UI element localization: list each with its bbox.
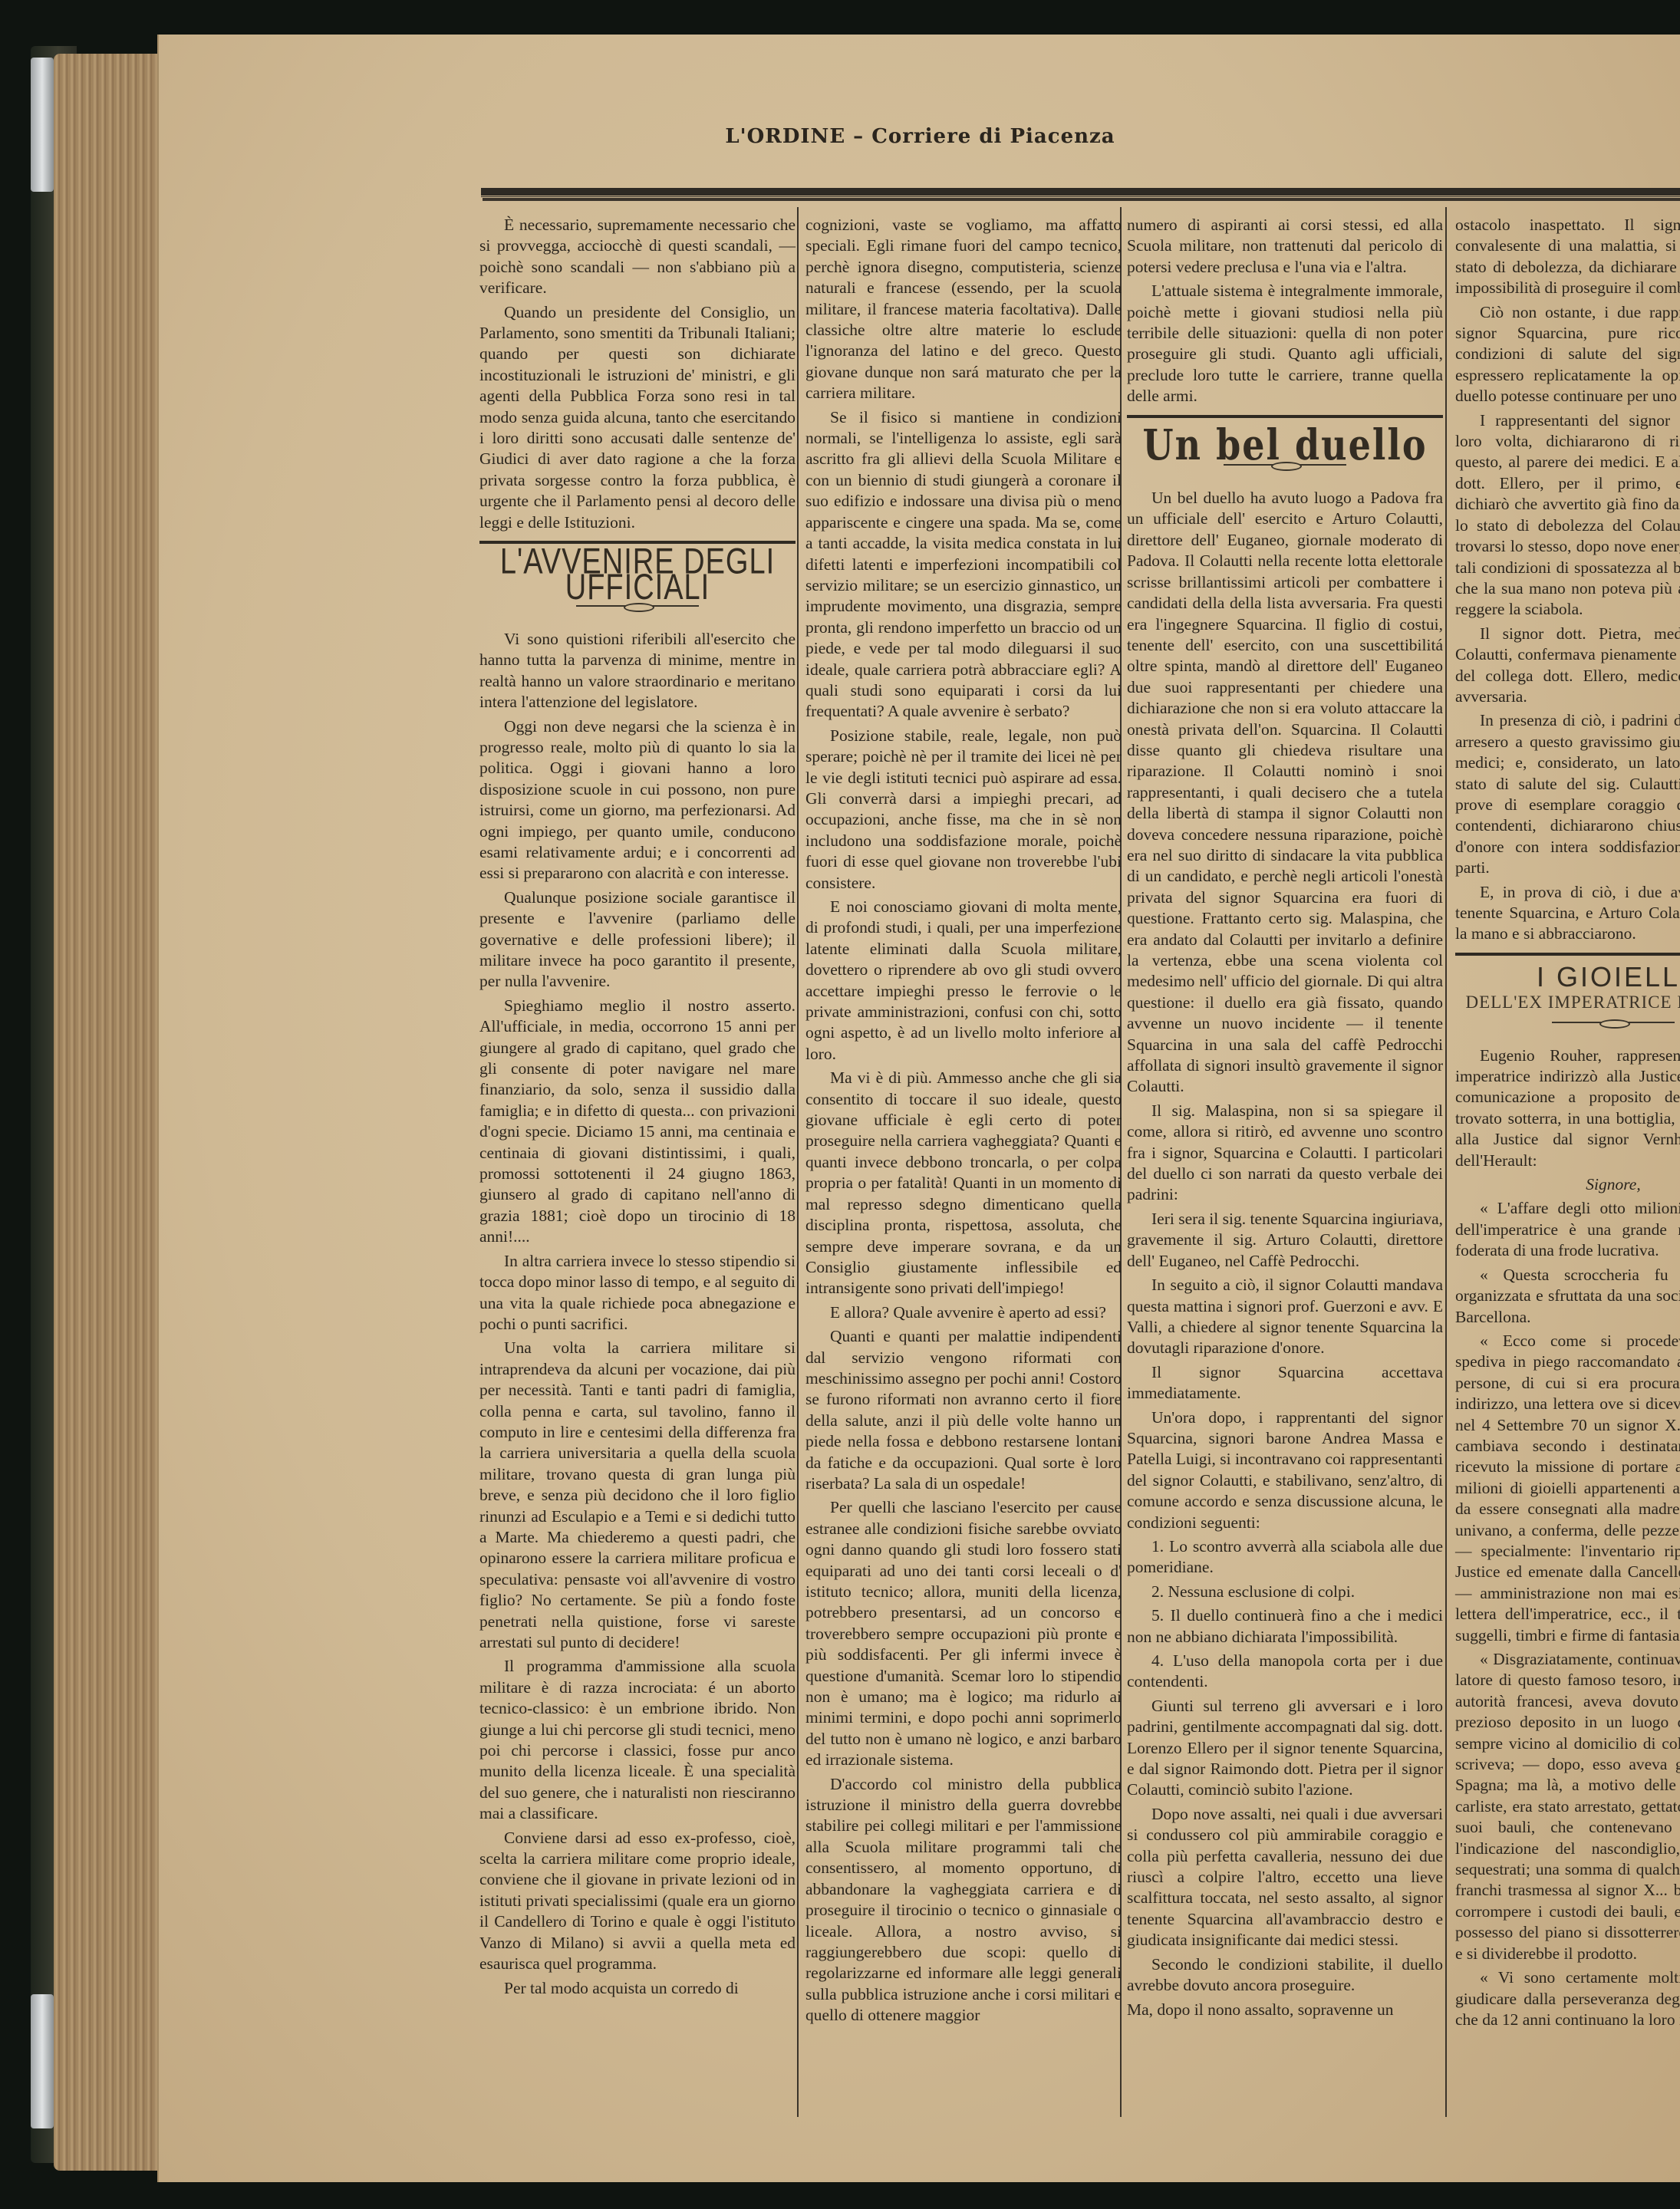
ornament-icon [576,603,699,609]
section-divider [1455,953,1680,956]
paragraph: Il signor dott. Pietra, medico del sig. … [1455,624,1680,708]
paragraph: Il signor Squarcina accettava immediatam… [1127,1362,1443,1404]
article-subtitle: DELL'EX IMPERATRICE EUGENIA [1455,992,1680,1012]
column-4: ostacolo inaspettato. Il signor Colautti… [1455,215,1680,2033]
article-title: L'AVVENIRE DEGLI UFFICIALI [479,549,796,602]
paragraph: Per quelli che lasciano l'esercito per c… [805,1497,1122,1770]
paragraph: Il programma d'ammissione alla scuola mi… [479,1656,796,1824]
column-divider [797,207,799,2117]
paragraph: Quando un presidente del Consiglio, un P… [479,302,796,533]
column-2: cognizioni, vaste se vogliamo, ma affatt… [805,215,1122,2030]
page-clip-top [31,58,54,192]
paragraph: In seguito a ciò, il signor Colautti man… [1127,1275,1443,1359]
paragraph: Un bel duello ha avuto luogo a Padova fr… [1127,488,1443,1098]
paragraph: Oggi non deve negarsi che la scienza è i… [479,716,796,884]
paragraph: Vi sono quistioni riferibili all'esercit… [479,629,796,713]
list-item: 4. L'uso della manopola corta per i due … [1127,1651,1443,1693]
paragraph: E noi conosciamo giovani di molta mente,… [805,897,1122,1065]
salutation: Signore, [1455,1174,1680,1195]
column-divider [1445,207,1447,2117]
paragraph: Quanti e quanti per malattie indipendent… [805,1326,1122,1494]
paragraph: cognizioni, vaste se vogliamo, ma affatt… [805,215,1122,404]
paragraph: numero di aspiranti ai corsi stessi, ed … [1127,215,1443,278]
header-rule [481,188,1680,198]
paragraph: In presenza di ciò, i padrini delle due … [1455,710,1680,878]
paragraph: Se il fisico si mantiene in condizioni n… [805,407,1122,723]
paragraph: Secondo le condizioni stabilite, il duel… [1127,1954,1443,1997]
list-item: 2. Nessuna esclusione di colpi. [1127,1582,1443,1602]
list-item: 5. Il duello continuerà fino a che i med… [1127,1605,1443,1648]
paragraph: Spieghiamo meglio il nostro asserto. All… [479,996,796,1248]
paragraph: È necessario, supremamente necessario ch… [479,215,796,299]
page-clip-bottom [31,1994,54,2128]
paragraph: « Disgraziatamente, continuava la letter… [1455,1649,1680,1964]
newspaper-page: L'ORDINE – Corriere di Piacenza È necess… [157,35,1680,2182]
paragraph: Ma, dopo il nono assalto, sopravenne un [1127,2000,1443,2020]
article-title: Un bel duello [1127,433,1443,458]
paragraph: Ciò non ostante, i due rappresentanti de… [1455,302,1680,407]
list-item: 1. Lo scontro avverrà alla sciabola alle… [1127,1536,1443,1579]
paragraph: « L'affare degli otto milioni di diamant… [1455,1198,1680,1261]
ornament-icon [1224,462,1346,468]
paragraph: I rappresentanti del signor Colautti, al… [1455,410,1680,621]
paragraph: Ieri sera il sig. tenente Squarcina ingi… [1127,1209,1443,1272]
column-1: È necessario, supremamente necessario ch… [479,215,796,2002]
section-divider [1127,415,1443,418]
paragraph: D'accordo col ministro della pubblica is… [805,1774,1122,2026]
paragraph: Il sig. Malaspina, non si sa spiegare il… [1127,1101,1443,1206]
paragraph: Giunti sul terreno gli avversari e i lor… [1127,1696,1443,1801]
paragraph: « Vi sono certamente molti semplici, a g… [1455,1967,1680,2030]
running-head: L'ORDINE – Corriere di Piacenza [159,125,1680,148]
paragraph: In altra carriera invece lo stesso stipe… [479,1251,796,1335]
paragraph: Posizione stabile, reale, legale, non pu… [805,726,1122,894]
paragraph: E allora? Quale avvenire è aperto ad ess… [805,1302,1122,1323]
paragraph: Per tal modo acquista un corredo di [479,1978,796,1999]
page-edges [54,54,165,2171]
paragraph: Dopo nove assalti, nei quali i due avver… [1127,1804,1443,1951]
paragraph: Una volta la carriera militare si intrap… [479,1338,796,1653]
paragraph: E, in prova di ciò, i due avversari sigg… [1455,882,1680,945]
column-3: numero di aspiranti ai corsi stessi, ed … [1127,215,1443,2023]
paragraph: « Questa scroccheria fu mirabilmente org… [1455,1265,1680,1328]
paragraph: Un'ora dopo, i rapprentanti del signor S… [1127,1407,1443,1533]
paragraph: Eugenio Rouher, rappresentante dell'ex i… [1455,1045,1680,1171]
paragraph: Qualunque posizione sociale garantisce i… [479,887,796,993]
paragraph: ostacolo inaspettato. Il signor Colautti… [1455,215,1680,299]
paragraph: Ma vi è di più. Ammesso anche che gli si… [805,1068,1122,1299]
paragraph: Conviene darsi ad esso ex-professo, cioè… [479,1828,796,1975]
paragraph: L'attuale sistema è integralmente immora… [1127,281,1443,407]
paragraph: « Ecco come si procedeva: l'agenzia sped… [1455,1331,1680,1646]
article-title: I GIOIELLI [1455,966,1680,987]
ornament-icon [1552,1019,1675,1025]
